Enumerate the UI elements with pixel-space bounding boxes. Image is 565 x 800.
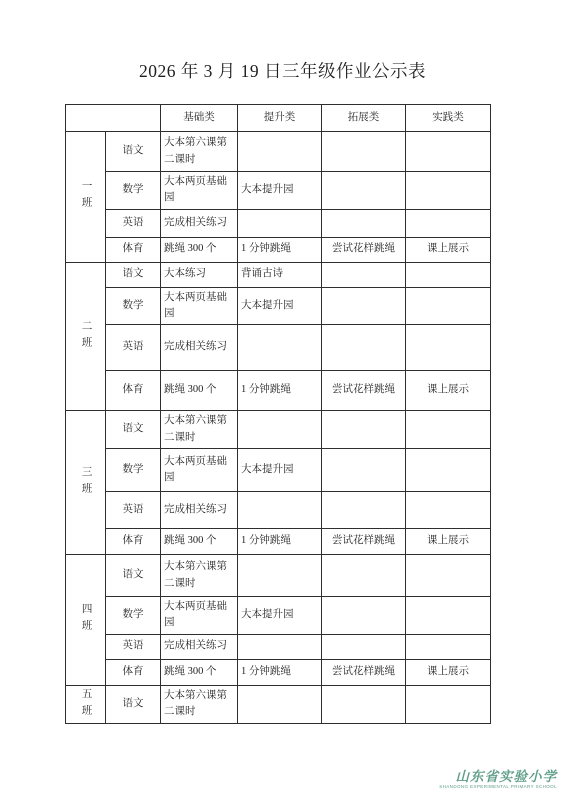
- homework-cell: [406, 209, 491, 237]
- homework-cell: 完成相关练习: [161, 209, 238, 237]
- table-row: 数学 大本两页基础园 大本提升园: [66, 172, 491, 210]
- table-row: 英语 完成相关练习: [66, 325, 491, 371]
- class-label: 四班: [66, 555, 106, 686]
- subject-cell: 体育: [106, 237, 161, 262]
- subject-cell: 语文: [106, 132, 161, 172]
- homework-cell: [406, 634, 491, 659]
- homework-table: 基础类 提升类 拓展类 实践类 一班 语文 大本第六课第二课时 数学 大本两页基…: [65, 104, 491, 724]
- homework-cell: [406, 597, 491, 635]
- table-row: 二班 语文 大本练习 背诵古诗: [66, 262, 491, 287]
- table-row: 体育 跳绳 300 个 1 分钟跳绳 尝试花样跳绳 课上展示: [66, 659, 491, 685]
- table-row: 体育 跳绳 300 个 1 分钟跳绳 尝试花样跳绳 课上展示: [66, 371, 491, 411]
- homework-cell: 1 分钟跳绳: [238, 371, 322, 411]
- homework-cell: 大本提升园: [238, 172, 322, 210]
- homework-cell: [322, 325, 406, 371]
- homework-cell: [322, 634, 406, 659]
- header-row: 基础类 提升类 拓展类 实践类: [66, 105, 491, 132]
- subject-cell: 体育: [106, 371, 161, 411]
- homework-cell: 大本两页基础园: [161, 287, 238, 325]
- homework-cell: [322, 555, 406, 597]
- class-label: 一班: [66, 132, 106, 263]
- homework-cell: [406, 325, 491, 371]
- homework-cell: 大本提升园: [238, 287, 322, 325]
- table-row: 英语 完成相关练习: [66, 209, 491, 237]
- table-row: 英语 完成相关练习: [66, 492, 491, 529]
- subject-cell: 数学: [106, 172, 161, 210]
- table-row: 体育 跳绳 300 个 1 分钟跳绳 尝试花样跳绳 课上展示: [66, 237, 491, 262]
- homework-cell: [322, 685, 406, 723]
- homework-cell: 大本两页基础园: [161, 172, 238, 210]
- class-label: 二班: [66, 262, 106, 411]
- school-logo-en-text: SHANDONG EXPERIMENTAL PRIMARY SCHOOL: [439, 785, 557, 790]
- class-label: 三班: [66, 411, 106, 555]
- homework-cell: 尝试花样跳绳: [322, 371, 406, 411]
- homework-cell: 完成相关练习: [161, 492, 238, 529]
- table-row: 四班 语文 大本第六课第二课时: [66, 555, 491, 597]
- subject-cell: 英语: [106, 325, 161, 371]
- subject-cell: 英语: [106, 492, 161, 529]
- homework-cell: 尝试花样跳绳: [322, 659, 406, 685]
- homework-cell: 1 分钟跳绳: [238, 659, 322, 685]
- homework-cell: [238, 325, 322, 371]
- homework-cell: [238, 132, 322, 172]
- column-header-basic: 基础类: [161, 105, 238, 132]
- column-header-practice: 实践类: [406, 105, 491, 132]
- column-header-expand: 拓展类: [322, 105, 406, 132]
- homework-cell: [322, 262, 406, 287]
- homework-cell: 大本第六课第二课时: [161, 411, 238, 449]
- homework-cell: 跳绳 300 个: [161, 659, 238, 685]
- subject-cell: 语文: [106, 262, 161, 287]
- school-logo: 山东省实验小学 SHANDONG EXPERIMENTAL PRIMARY SC…: [439, 770, 557, 790]
- homework-cell: 完成相关练习: [161, 634, 238, 659]
- homework-cell: 大本两页基础园: [161, 597, 238, 635]
- homework-cell: [406, 287, 491, 325]
- homework-cell: [238, 555, 322, 597]
- homework-cell: 大本第六课第二课时: [161, 132, 238, 172]
- table-row: 三班 语文 大本第六课第二课时: [66, 411, 491, 449]
- corner-cell: [66, 105, 161, 132]
- homework-cell: 课上展示: [406, 237, 491, 262]
- homework-cell: [322, 492, 406, 529]
- homework-cell: [238, 209, 322, 237]
- homework-cell: 尝试花样跳绳: [322, 237, 406, 262]
- subject-cell: 语文: [106, 555, 161, 597]
- page-title: 2026 年 3 月 19 日三年级作业公示表: [0, 58, 565, 83]
- homework-cell: [406, 262, 491, 287]
- homework-cell: [322, 132, 406, 172]
- table-row: 一班 语文 大本第六课第二课时: [66, 132, 491, 172]
- homework-cell: [238, 685, 322, 723]
- subject-cell: 数学: [106, 449, 161, 492]
- table-row: 五班 语文 大本第六课第二课时: [66, 685, 491, 723]
- table-row: 数学 大本两页基础园 大本提升园: [66, 449, 491, 492]
- subject-cell: 数学: [106, 287, 161, 325]
- homework-cell: 大本提升园: [238, 449, 322, 492]
- homework-cell: [322, 449, 406, 492]
- homework-cell: [322, 411, 406, 449]
- homework-cell: [322, 597, 406, 635]
- homework-cell: [406, 685, 491, 723]
- homework-cell: 大本提升园: [238, 597, 322, 635]
- homework-cell: [322, 209, 406, 237]
- homework-cell: 大本两页基础园: [161, 449, 238, 492]
- homework-cell: 大本第六课第二课时: [161, 555, 238, 597]
- homework-cell: 完成相关练习: [161, 325, 238, 371]
- subject-cell: 语文: [106, 411, 161, 449]
- homework-cell: 1 分钟跳绳: [238, 237, 322, 262]
- homework-cell: 跳绳 300 个: [161, 371, 238, 411]
- homework-cell: 课上展示: [406, 659, 491, 685]
- homework-cell: [406, 132, 491, 172]
- homework-cell: [322, 172, 406, 210]
- subject-cell: 体育: [106, 659, 161, 685]
- homework-cell: [238, 634, 322, 659]
- subject-cell: 英语: [106, 209, 161, 237]
- homework-cell: 大本第六课第二课时: [161, 685, 238, 723]
- table-row: 数学 大本两页基础园 大本提升园: [66, 287, 491, 325]
- homework-cell: 跳绳 300 个: [161, 529, 238, 555]
- column-header-improve: 提升类: [238, 105, 322, 132]
- homework-cell: [406, 411, 491, 449]
- homework-cell: [322, 287, 406, 325]
- homework-cell: [238, 411, 322, 449]
- homework-cell: [406, 172, 491, 210]
- homework-cell: 尝试花样跳绳: [322, 529, 406, 555]
- homework-cell: 跳绳 300 个: [161, 237, 238, 262]
- subject-cell: 语文: [106, 685, 161, 723]
- table-row: 体育 跳绳 300 个 1 分钟跳绳 尝试花样跳绳 课上展示: [66, 529, 491, 555]
- homework-cell: 1 分钟跳绳: [238, 529, 322, 555]
- table-row: 数学 大本两页基础园 大本提升园: [66, 597, 491, 635]
- homework-cell: [406, 492, 491, 529]
- homework-cell: [238, 492, 322, 529]
- subject-cell: 体育: [106, 529, 161, 555]
- class-label: 五班: [66, 685, 106, 723]
- subject-cell: 数学: [106, 597, 161, 635]
- homework-cell: 课上展示: [406, 529, 491, 555]
- homework-cell: 背诵古诗: [238, 262, 322, 287]
- homework-cell: 课上展示: [406, 371, 491, 411]
- table-row: 英语 完成相关练习: [66, 634, 491, 659]
- school-logo-cn-text: 山东省实验小学: [439, 770, 557, 785]
- homework-cell: [406, 555, 491, 597]
- subject-cell: 英语: [106, 634, 161, 659]
- homework-cell: 大本练习: [161, 262, 238, 287]
- homework-cell: [406, 449, 491, 492]
